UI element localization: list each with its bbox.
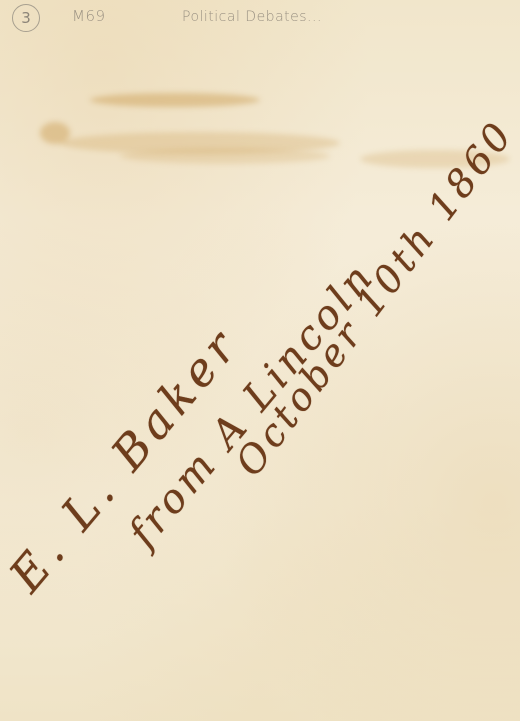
title-note: Political Debates... (182, 9, 322, 25)
circled-number: 3 (12, 4, 40, 32)
stain-upper (90, 93, 260, 107)
call-number: M69 (72, 7, 106, 25)
stain-lower (120, 148, 330, 164)
